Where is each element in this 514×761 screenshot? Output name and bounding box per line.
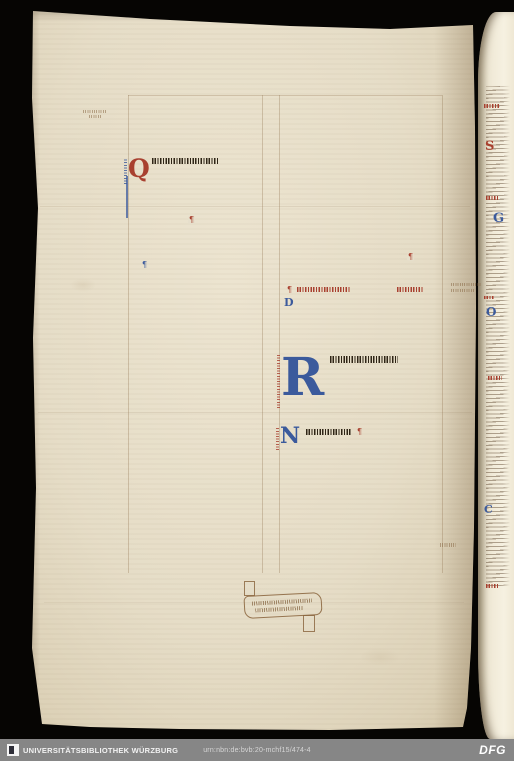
text-line	[283, 280, 438, 284]
text-line	[327, 364, 482, 368]
decorated-initial-r: R	[281, 352, 324, 404]
ruling-line	[442, 95, 443, 573]
text-line	[133, 361, 258, 365]
text-line	[153, 170, 278, 174]
text-line	[133, 319, 258, 323]
text-line	[283, 499, 438, 503]
dfg-logo: DFG	[479, 743, 506, 757]
text-line	[133, 502, 258, 506]
text-line	[283, 221, 438, 225]
paragraph-mark: ¶	[407, 253, 414, 261]
text-line	[283, 532, 438, 536]
text-line	[133, 128, 258, 132]
digitized-manuscript-photo: UNIVERSITÄTSBIBLIOTHEK WÜRZBURG urn:nbn:…	[0, 0, 514, 761]
rubric-text	[484, 104, 499, 108]
text-line	[133, 153, 258, 157]
text-line	[133, 203, 258, 207]
text-line	[283, 516, 438, 520]
text-line	[283, 162, 438, 166]
text-line	[283, 128, 438, 132]
text-line	[133, 195, 258, 199]
text-line	[133, 336, 258, 340]
text-line	[283, 137, 438, 141]
text-line	[363, 431, 514, 435]
penwork-flourish	[276, 427, 279, 450]
marginal-gloss	[451, 289, 474, 292]
text-line	[283, 120, 438, 124]
catchword-text	[252, 598, 312, 605]
text-line	[133, 444, 258, 448]
text-line	[133, 311, 258, 315]
text-line	[327, 389, 482, 393]
text-line	[283, 465, 438, 469]
text-line	[133, 353, 258, 357]
text-line	[283, 196, 438, 200]
text-line	[283, 111, 438, 115]
text-line	[283, 482, 438, 486]
text-line	[283, 524, 438, 528]
scroll-tab	[303, 615, 315, 632]
text-line	[133, 527, 258, 531]
text-line	[283, 263, 438, 267]
text-line	[283, 212, 438, 216]
text-line	[133, 511, 258, 515]
text-line	[307, 440, 462, 444]
text-line	[133, 278, 258, 282]
text-column-left	[133, 103, 258, 567]
paragraph-mark: ¶	[142, 261, 147, 269]
text-line	[133, 328, 258, 332]
text-line	[133, 477, 258, 481]
text-line	[283, 448, 438, 452]
small-initial-c: C	[484, 504, 493, 515]
ruling-line	[128, 95, 442, 96]
ruling-line	[279, 95, 280, 573]
library-name: UNIVERSITÄTSBIBLIOTHEK WÜRZBURG	[23, 746, 178, 755]
text-line	[133, 286, 258, 290]
text-line	[327, 381, 482, 385]
text-line	[133, 494, 258, 498]
penwork-flourish	[277, 354, 280, 408]
text-line	[133, 253, 258, 257]
text-line	[283, 238, 438, 242]
text-line	[327, 372, 482, 376]
decorated-initial-n: N	[280, 425, 300, 447]
text-line	[297, 305, 452, 309]
marginal-gloss	[89, 115, 102, 118]
heading-text	[306, 429, 352, 435]
parchment-stain	[70, 278, 96, 292]
text-line	[283, 179, 438, 183]
text-line	[401, 356, 514, 360]
marginal-gloss	[83, 110, 107, 113]
text-line	[133, 136, 258, 140]
text-line	[133, 452, 258, 456]
rubric-text	[488, 376, 502, 380]
text-line	[283, 297, 438, 301]
text-line	[133, 261, 258, 265]
paragraph-mark: ¶	[357, 428, 362, 436]
heading-text	[330, 356, 398, 363]
text-line	[283, 558, 438, 562]
text-line	[283, 415, 438, 419]
text-line	[133, 427, 258, 431]
small-initial-o: O	[486, 306, 496, 318]
urn-text: urn:nbn:de:bvb:20-mchf15/474-4	[203, 747, 311, 754]
text-line	[133, 303, 258, 307]
text-line	[133, 461, 258, 465]
text-column-right	[283, 103, 438, 572]
text-line	[283, 473, 438, 477]
gutter-shadow	[434, 8, 476, 732]
text-line	[283, 246, 438, 250]
footer-bar: UNIVERSITÄTSBIBLIOTHEK WÜRZBURG urn:nbn:…	[0, 739, 514, 761]
text-line	[133, 411, 258, 415]
text-line	[283, 187, 438, 191]
text-line	[133, 403, 258, 407]
text-line	[133, 519, 258, 523]
page-edge-shadow	[30, 8, 40, 732]
text-line	[133, 186, 258, 190]
text-line	[133, 236, 258, 240]
text-line	[133, 486, 258, 490]
text-line	[283, 154, 438, 158]
text-line	[133, 145, 258, 149]
heading-text	[152, 158, 218, 164]
text-line	[133, 419, 258, 423]
text-line	[283, 255, 438, 259]
text-line	[283, 229, 438, 233]
text-line	[283, 507, 438, 511]
library-logo-icon	[7, 744, 19, 756]
text-line	[133, 436, 258, 440]
ruling-line	[262, 95, 263, 573]
paragraph-mark: ¶	[188, 216, 195, 224]
rubric-text	[486, 584, 498, 588]
text-line	[283, 103, 438, 107]
text-line	[133, 244, 258, 248]
rubric-text	[484, 296, 494, 299]
marginal-gloss	[451, 283, 481, 286]
text-line	[133, 378, 258, 382]
decorated-initial-q: Q	[128, 156, 150, 181]
rubric-text	[397, 287, 424, 292]
text-line	[133, 103, 258, 107]
text-line	[283, 339, 438, 343]
text-line	[133, 294, 258, 298]
text-line	[133, 120, 258, 124]
text-line	[283, 170, 438, 174]
text-line	[133, 469, 258, 473]
text-line	[133, 219, 258, 223]
text-line	[327, 398, 482, 402]
text-line	[133, 369, 258, 373]
text-line	[133, 211, 258, 215]
catchword-scroll	[243, 592, 322, 619]
text-line	[283, 204, 438, 208]
parchment-stain	[360, 648, 400, 666]
rubric-text	[486, 196, 498, 200]
text-line	[153, 178, 278, 182]
text-line	[133, 344, 258, 348]
text-line	[133, 394, 258, 398]
text-line	[133, 111, 258, 115]
text-line	[133, 544, 258, 548]
text-line	[283, 330, 438, 334]
marginal-gloss	[440, 543, 456, 547]
catchword-text	[255, 606, 303, 613]
text-line	[283, 549, 438, 553]
flourish-tail	[126, 176, 128, 218]
paragraph-mark: ¶	[287, 286, 292, 294]
text-line	[133, 536, 258, 540]
text-line	[283, 457, 438, 461]
text-line	[283, 271, 438, 275]
text-line	[283, 314, 438, 318]
small-initial-d: D	[284, 297, 294, 308]
small-initial-s: S	[485, 140, 494, 153]
text-line	[133, 269, 258, 273]
text-line	[133, 228, 258, 232]
text-line	[283, 490, 438, 494]
small-initial-g: G	[493, 212, 504, 225]
text-line	[283, 322, 438, 326]
page-top-shadow	[30, 8, 476, 22]
rubric-text	[297, 287, 351, 292]
text-line	[133, 386, 258, 390]
text-line	[133, 552, 258, 556]
text-line	[283, 145, 438, 149]
scroll-tab	[244, 581, 255, 596]
text-line	[283, 541, 438, 545]
